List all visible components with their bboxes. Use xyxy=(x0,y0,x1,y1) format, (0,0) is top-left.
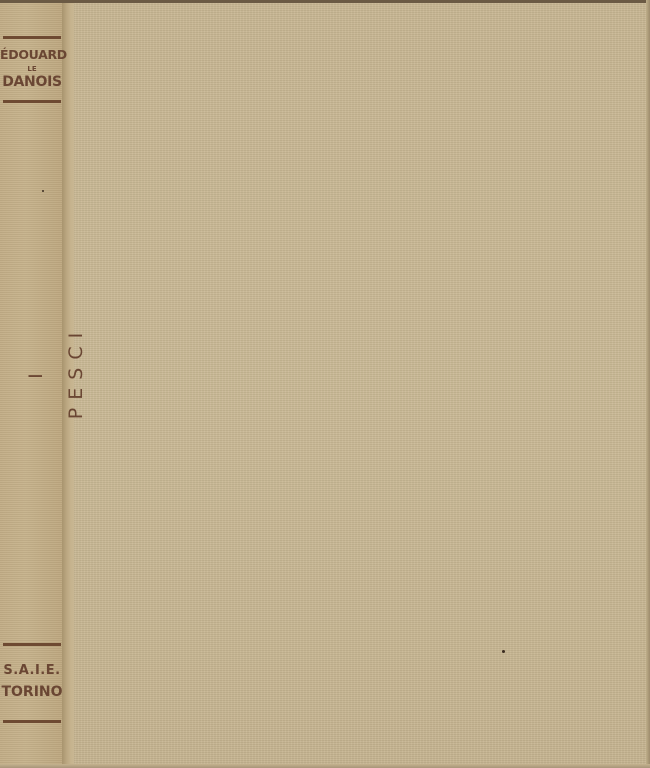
publisher-name: S.A.I.E. xyxy=(0,664,64,677)
bottom-edge xyxy=(0,764,650,768)
spine-rule-bottom-2 xyxy=(3,720,61,723)
spine-title-text: I PESCI xyxy=(16,317,56,427)
spine-rule-top-2 xyxy=(3,100,61,103)
author-last-name: DANOIS xyxy=(0,75,64,89)
top-edge xyxy=(0,0,650,3)
author-first-name: ÉDOUARD xyxy=(0,49,64,62)
book-front-cover xyxy=(0,0,650,768)
right-edge xyxy=(646,0,650,768)
publisher-city: TORINO xyxy=(0,685,64,699)
spine-title: I PESCI xyxy=(6,317,46,427)
spine-speck xyxy=(42,190,44,192)
spine-rule-bottom-1 xyxy=(3,643,61,646)
cover-speck xyxy=(502,650,505,653)
spine-rule-top-1 xyxy=(3,36,61,39)
author-particle: LE xyxy=(0,66,64,73)
